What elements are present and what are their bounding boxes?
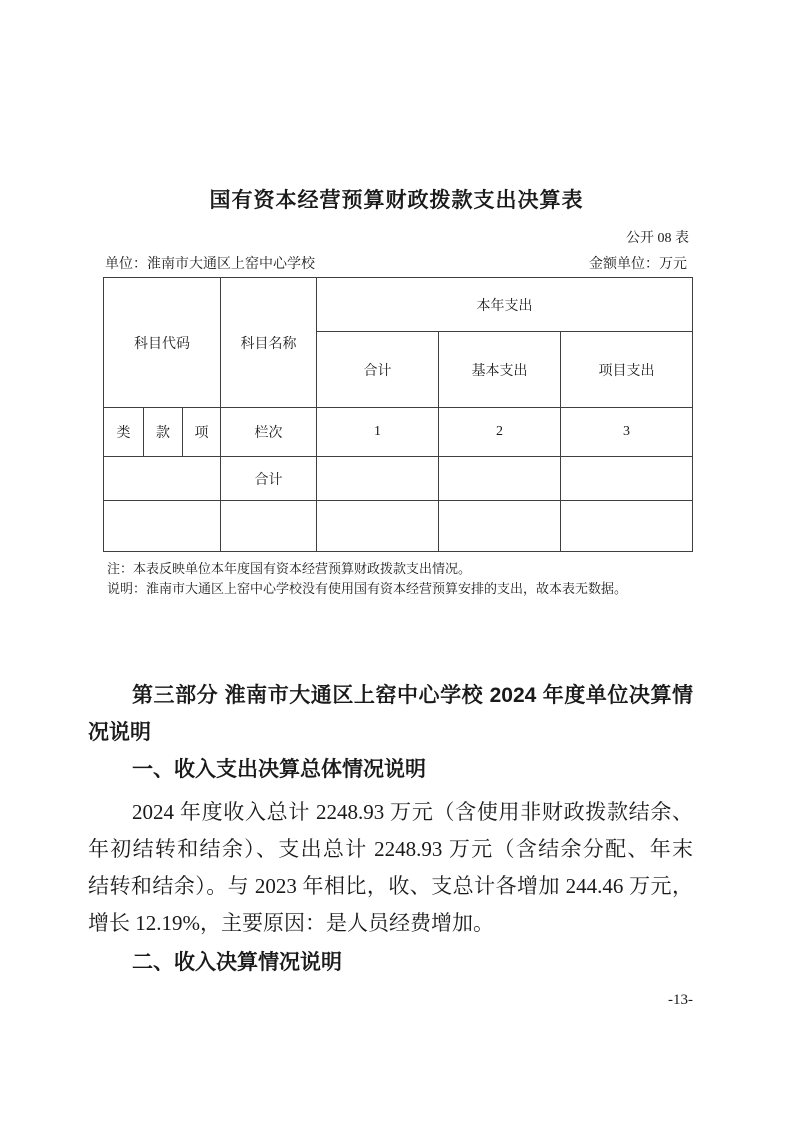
table-explanation-line: 说明：淮南市大通区上窑中心学校没有使用国有资本经营预算安排的支出，故本表无数据。	[107, 579, 707, 599]
cell-row1-project	[561, 457, 693, 501]
table-row-total: 合计	[104, 457, 693, 501]
cell-row1-name: 合计	[221, 457, 317, 501]
cell-column-label: 栏次	[221, 408, 317, 457]
cell-row1-basic	[439, 457, 561, 501]
public-table-number-label: 公开 08 表	[103, 227, 689, 247]
header-cell-subject-code: 科目代码	[104, 278, 221, 408]
paragraph-line-2: 年初结转和结余）、支出总计 2248.93 万元（含结余分配、年末	[88, 831, 693, 868]
table-column-index-row: 类 款 项 栏次 1 2 3	[104, 408, 693, 457]
section-heading-line-2: 况说明	[88, 714, 693, 751]
expenditure-table: 科目代码 科目名称 本年支出 合计 基本支出 项目支出 类 款 项 栏次 1 2…	[103, 277, 693, 552]
cell-col-3: 3	[561, 408, 693, 457]
cell-row2-project	[561, 501, 693, 552]
unit-info-row: 单位：淮南市大通区上窑中心学校 金额单位：万元	[105, 253, 687, 273]
header-cell-subject-name: 科目名称	[221, 278, 317, 408]
cell-row1-code	[104, 457, 221, 501]
amount-unit-label: 金额单位：万元	[589, 253, 687, 273]
cell-row2-name	[221, 501, 317, 552]
document-page: 国有资本经营预算财政拨款支出决算表 公开 08 表 单位：淮南市大通区上窑中心学…	[0, 0, 793, 1122]
section-three: 第三部分 淮南市大通区上窑中心学校 2024 年度单位决算情 况说明 一、收入支…	[88, 677, 693, 981]
header-cell-basic-expenditure: 基本支出	[439, 332, 561, 408]
subheading-income-statement: 二、收入决算情况说明	[88, 944, 693, 981]
table-header-row-1: 科目代码 科目名称 本年支出	[104, 278, 693, 332]
cell-row1-total	[317, 457, 439, 501]
cell-category: 类	[104, 408, 144, 457]
table-note-line: 注：本表反映单位本年度国有资本经营预算财政拨款支出情况。	[107, 559, 707, 579]
cell-col-2: 2	[439, 408, 561, 457]
document-title: 国有资本经营预算财政拨款支出决算表	[0, 184, 793, 214]
cell-item: 项	[183, 408, 221, 457]
header-cell-current-year-expenditure: 本年支出	[317, 278, 693, 332]
table-notes: 注：本表反映单位本年度国有资本经营预算财政拨款支出情况。 说明：淮南市大通区上窑…	[107, 559, 707, 599]
paragraph-line-4: 增长 12.19%，主要原因：是人员经费增加。	[88, 905, 693, 942]
table-row-empty	[104, 501, 693, 552]
section-heading-line-1: 第三部分 淮南市大通区上窑中心学校 2024 年度单位决算情	[88, 677, 693, 714]
unit-name-label: 单位：淮南市大通区上窑中心学校	[105, 253, 315, 273]
cell-row2-basic	[439, 501, 561, 552]
header-cell-project-expenditure: 项目支出	[561, 332, 693, 408]
subheading-income-expenditure-overview: 一、收入支出决算总体情况说明	[88, 751, 693, 788]
paragraph-line-1: 2024 年度收入总计 2248.93 万元（含使用非财政拨款结余、	[88, 794, 693, 831]
cell-col-1: 1	[317, 408, 439, 457]
cell-row2-total	[317, 501, 439, 552]
cell-row2-code	[104, 501, 221, 552]
header-cell-total: 合计	[317, 332, 439, 408]
paragraph-line-3: 结转和结余）。与 2023 年相比，收、支总计各增加 244.46 万元，	[88, 868, 693, 905]
cell-section: 款	[144, 408, 183, 457]
page-number: -13-	[0, 992, 693, 1009]
